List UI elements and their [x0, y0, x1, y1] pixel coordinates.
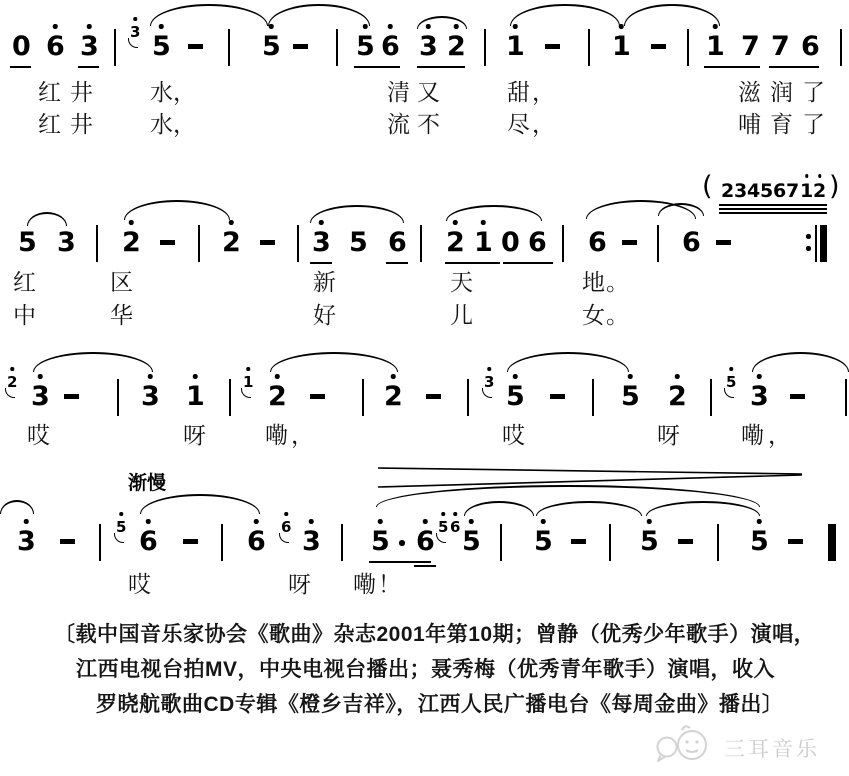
thin-bar — [815, 225, 817, 262]
octave-dot — [38, 374, 43, 379]
lyric-char: ， — [291, 423, 314, 449]
lyric-char: 华 — [110, 303, 133, 329]
dash-note — [571, 539, 586, 544]
lyric-char: 红 — [13, 270, 36, 296]
lyric-char: 嘞 — [265, 423, 288, 449]
note: 5 — [371, 527, 390, 557]
barline — [588, 29, 590, 66]
grace-note: 1 — [243, 374, 253, 390]
octave-dot — [146, 519, 151, 524]
paren-close: ) — [829, 172, 840, 202]
note: 6 — [801, 32, 820, 62]
slur — [752, 352, 849, 372]
note: 0 — [12, 32, 31, 62]
beam-underline — [704, 66, 760, 68]
grace-note: 6 — [450, 519, 460, 535]
octave-dot — [541, 519, 546, 524]
dash-note — [310, 394, 325, 399]
lyric-char: 育 — [770, 112, 793, 138]
note: 5 — [506, 382, 525, 412]
octave-dot — [10, 367, 14, 371]
note: 3 — [57, 228, 76, 258]
lyric-char: 流 — [387, 112, 410, 138]
note: 0 — [501, 228, 520, 258]
beam-underline — [417, 66, 465, 68]
note: 2 — [384, 382, 403, 412]
barline — [500, 524, 502, 561]
grace-hook — [436, 533, 446, 543]
lyric-char: ， — [532, 112, 555, 138]
octave-dot — [805, 174, 809, 178]
note: 2 — [668, 382, 687, 412]
octave-dot — [647, 519, 652, 524]
octave-dot — [757, 374, 762, 379]
score-line-1: 0633555632111776红井水，清又甜，滋润了红井水，流不尽，哺育了 — [0, 0, 849, 150]
insert-note: 2 — [813, 180, 826, 202]
note: 5 — [18, 228, 37, 258]
octave-dot — [487, 367, 491, 371]
lyric-char: 清 — [387, 80, 410, 106]
slur — [446, 205, 542, 221]
publication-note-line-3: 罗晓航歌曲CD专辑《橙乡吉祥》，江西人民广播电台《每周金曲》播出〕 — [96, 688, 783, 718]
note: 3 — [750, 382, 769, 412]
barline — [96, 225, 98, 262]
slur — [150, 4, 268, 26]
thick-bar — [820, 225, 827, 262]
octave-dot — [729, 367, 733, 371]
octave-dot — [675, 374, 680, 379]
score-line-4: 35666356565555渐慢哎呀嘞！ — [0, 458, 849, 608]
octave-dot — [423, 519, 428, 524]
grace-note: 5 — [438, 519, 448, 535]
note: 2 — [447, 32, 466, 62]
lyric-char: 井 — [70, 80, 93, 106]
note: 3 — [419, 32, 438, 62]
note: 3 — [141, 382, 160, 412]
barline — [484, 29, 486, 66]
lyric-char: 不 — [417, 112, 440, 138]
lyric-char: 呀 — [657, 423, 680, 449]
repeat-dot — [806, 246, 811, 251]
slur — [507, 352, 629, 372]
slur — [310, 205, 404, 223]
barline — [717, 524, 719, 561]
dash-note — [188, 44, 203, 49]
insert-note: 7 — [786, 180, 799, 202]
barline — [420, 225, 422, 262]
barline — [687, 29, 689, 66]
lyric-char: 。 — [606, 303, 629, 329]
decrescendo-hairpin — [372, 460, 808, 492]
lyric-char: ， — [532, 80, 555, 106]
lyric-char: 女 — [582, 303, 605, 329]
beam-underline — [78, 66, 99, 68]
insert-note: 5 — [760, 180, 773, 202]
sheet-music-page: 0633555632111776红井水，清又甜，滋润了红井水，流不尽，哺育了53… — [0, 0, 849, 776]
octave-dot — [229, 220, 234, 225]
note: 1 — [506, 32, 525, 62]
lyric-char: 了 — [802, 80, 825, 106]
lyric-char: 滋 — [738, 80, 761, 106]
insert-note: 6 — [773, 180, 786, 202]
note: 2 — [222, 228, 241, 258]
grace-note: 5 — [726, 374, 736, 390]
slur — [140, 494, 260, 514]
beam-underline — [414, 565, 436, 567]
dash-note — [790, 394, 805, 399]
note: 3 — [302, 527, 321, 557]
repeat-dot — [806, 234, 811, 239]
note: 5 — [152, 32, 171, 62]
octave-dot — [193, 374, 198, 379]
note: 5 — [640, 527, 659, 557]
octave-dot — [453, 512, 457, 516]
lyric-char: 甜 — [507, 80, 530, 106]
lyric-char: 区 — [110, 270, 133, 296]
beam-underline — [719, 212, 827, 214]
note: 6 — [139, 527, 158, 557]
augmentation-dot — [399, 540, 405, 546]
lyric-char: 好 — [313, 303, 336, 329]
beam-underline — [354, 66, 400, 68]
grace-hook — [114, 533, 124, 543]
note: 7 — [741, 32, 760, 62]
dash-note — [260, 240, 275, 245]
note: 6 — [46, 32, 65, 62]
barline — [198, 225, 200, 262]
barline — [592, 379, 594, 416]
slur — [0, 500, 34, 514]
slur — [510, 4, 620, 26]
octave-dot — [254, 519, 259, 524]
grace-hook — [128, 38, 138, 48]
lyric-char: 红 — [38, 112, 61, 138]
lyric-char: 。 — [606, 270, 629, 296]
beam-underline — [503, 262, 553, 264]
octave-dot — [87, 24, 92, 29]
note: 5 — [462, 527, 481, 557]
octave-dot — [818, 174, 822, 178]
lyric-char: 呀 — [183, 423, 206, 449]
beam-underline — [719, 208, 827, 210]
barline — [840, 29, 842, 66]
insert-note: 1 — [800, 180, 813, 202]
note: 1 — [706, 32, 725, 62]
grace-hook — [5, 388, 15, 398]
lyric-char: 呀 — [288, 572, 311, 598]
insert-note: 2 — [721, 180, 734, 202]
slur — [624, 4, 720, 26]
note: 2 — [268, 382, 287, 412]
beam-underline — [769, 66, 819, 68]
octave-dot — [309, 519, 314, 524]
dash-note — [64, 394, 79, 399]
barline — [562, 225, 564, 262]
octave-dot — [275, 374, 280, 379]
grace-hook — [724, 388, 734, 398]
barline — [229, 379, 231, 416]
mascot-face-icon — [652, 720, 718, 770]
barline — [228, 29, 230, 66]
note: 3 — [312, 228, 331, 258]
octave-dot — [757, 519, 762, 524]
barline — [336, 29, 338, 66]
barline — [845, 379, 847, 416]
octave-dot — [628, 374, 633, 379]
lyric-char: ， — [768, 423, 791, 449]
lyric-char: 润 — [770, 80, 793, 106]
lyric-char: 儿 — [450, 303, 473, 329]
lyric-char: 嘞 — [353, 572, 376, 598]
octave-dot — [129, 220, 134, 225]
note: 5 — [349, 228, 368, 258]
beam-underline — [310, 262, 332, 264]
beam-underline — [369, 561, 431, 563]
barline — [467, 379, 469, 416]
slur — [417, 16, 467, 29]
lyric-char: 嘞 — [741, 423, 764, 449]
octave-dot — [513, 374, 518, 379]
beam-underline — [445, 262, 500, 264]
lyric-char: 地 — [582, 270, 605, 296]
lyric-char: 了 — [802, 112, 825, 138]
octave-dot — [24, 519, 29, 524]
note: 2 — [446, 228, 465, 258]
barline — [297, 225, 299, 262]
octave-dot — [284, 512, 288, 516]
dash-note — [550, 394, 565, 399]
dash-note — [651, 44, 666, 49]
beam-underline — [10, 66, 31, 68]
octave-dot — [441, 512, 445, 516]
octave-dot — [133, 17, 137, 21]
grace-hook — [279, 533, 289, 543]
slur — [268, 4, 370, 26]
note: 1 — [474, 228, 493, 258]
dash-note — [716, 240, 731, 245]
lyric-char: ， — [173, 112, 196, 138]
note: 3 — [80, 32, 99, 62]
lyric-char: 井 — [70, 112, 93, 138]
insert-note: 4 — [747, 180, 760, 202]
publication-note-line-2: 江西电视台拍MV，中央电视台播出；聂秀梅（优秀青年歌手）演唱，收入 — [76, 653, 775, 683]
lyric-char: ， — [173, 80, 196, 106]
slur — [27, 212, 67, 226]
lyric-char: ！ — [378, 572, 401, 598]
octave-dot — [388, 24, 393, 29]
score-line-3: 2331122355253哎呀嘞，哎呀嘞， — [0, 348, 849, 460]
beam-underline — [386, 262, 408, 264]
note: 7 — [771, 32, 790, 62]
lyric-char: 红 — [38, 80, 61, 106]
beam-underline — [719, 204, 827, 206]
note: 1 — [612, 32, 631, 62]
note: 2 — [122, 228, 141, 258]
lyric-char: 天 — [450, 270, 473, 296]
lyric-char: 水 — [150, 112, 173, 138]
barline — [362, 379, 364, 416]
barline — [341, 524, 343, 561]
publication-note-line-1: 〔载中国音乐家协会《歌曲》杂志2001年第10期；曾静（优秀少年歌手）演唱， — [54, 618, 815, 648]
barline — [99, 524, 101, 561]
note: 6 — [682, 228, 701, 258]
paren-open: ( — [702, 172, 713, 202]
dash-note — [183, 539, 198, 544]
octave-dot — [246, 367, 250, 371]
lyric-char: 哺 — [738, 112, 761, 138]
watermark-text: 三耳音乐 — [724, 733, 820, 763]
lyric-char: 新 — [313, 270, 336, 296]
note: 6 — [588, 228, 607, 258]
slur — [33, 352, 153, 372]
barline — [117, 379, 119, 416]
lyric-char: 中 — [13, 303, 36, 329]
score-line-2: 5322356210666()23456712红区新天地。中华好儿女。 — [0, 172, 849, 334]
note: 6 — [247, 527, 266, 557]
note: 3 — [17, 527, 36, 557]
slur — [270, 352, 398, 372]
note: 5 — [356, 32, 375, 62]
dash-note — [60, 539, 75, 544]
insert-note: 3 — [734, 180, 747, 202]
lyric-char: 哎 — [502, 423, 525, 449]
dash-note — [545, 44, 560, 49]
octave-dot — [148, 374, 153, 379]
note: 5 — [750, 527, 769, 557]
note: 5 — [534, 527, 553, 557]
watermark: 三耳音乐 — [652, 720, 842, 772]
grace-note: 3 — [484, 374, 494, 390]
lyric-char: 又 — [417, 80, 440, 106]
grace-hook — [241, 388, 251, 398]
slur — [124, 200, 230, 220]
lyric-char: 水 — [150, 80, 173, 106]
dash-note — [678, 539, 693, 544]
note: 1 — [186, 382, 205, 412]
lyric-char: 哎 — [128, 572, 151, 598]
note: 6 — [388, 228, 407, 258]
grace-note: 5 — [116, 519, 126, 535]
dash-note — [426, 394, 441, 399]
tempo-label: 渐慢 — [128, 468, 166, 495]
note: 3 — [31, 382, 50, 412]
dash-note — [160, 240, 175, 245]
octave-dot — [119, 512, 123, 516]
lyric-char: 哎 — [27, 423, 50, 449]
note: 6 — [381, 32, 400, 62]
octave-dot — [53, 24, 58, 29]
dash-note — [788, 539, 803, 544]
end-repeat-barline — [806, 225, 828, 262]
barline — [114, 29, 116, 66]
octave-dot — [469, 519, 474, 524]
note: 6 — [528, 228, 547, 258]
grace-hook — [482, 388, 492, 398]
final-barline — [828, 524, 836, 561]
grace-note: 3 — [130, 24, 140, 40]
barline — [609, 524, 611, 561]
grace-note: 2 — [7, 374, 17, 390]
barline — [710, 379, 712, 416]
note: 5 — [621, 382, 640, 412]
dash-note — [622, 240, 637, 245]
octave-dot — [378, 519, 383, 524]
grace-note: 6 — [281, 519, 291, 535]
octave-dot — [391, 374, 396, 379]
note: 5 — [262, 32, 281, 62]
note: 6 — [416, 527, 435, 557]
barline — [657, 225, 659, 262]
dash-note — [293, 44, 308, 49]
lyric-char: 尽 — [507, 112, 530, 138]
barline — [221, 524, 223, 561]
